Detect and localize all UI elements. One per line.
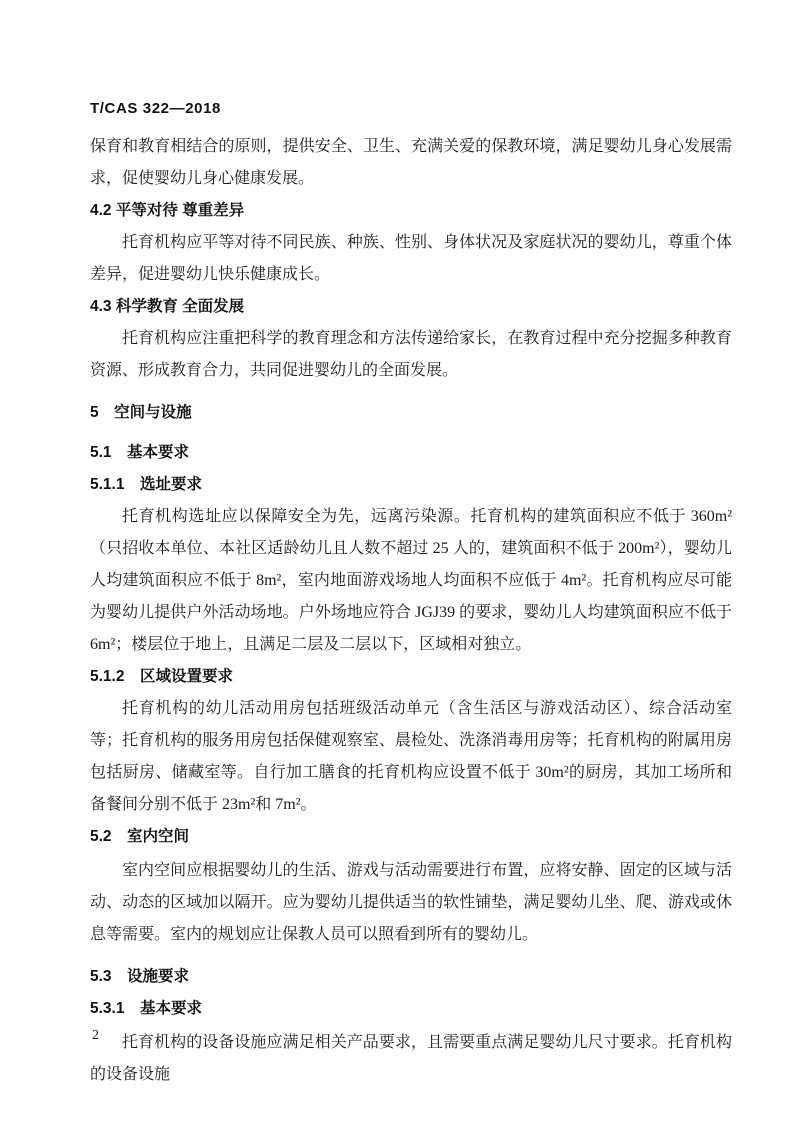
paragraph: 托育机构应注重把科学的教育理念和方法传递给家长，在教育过程中充分挖掘多种教育资源…: [90, 323, 732, 387]
section-heading-4-2: 4.2 平等对待 尊重差异: [90, 195, 732, 227]
section-heading-5-3: 5.3 设施要求: [90, 961, 732, 993]
section-heading-5-2: 5.2 室内空间: [90, 821, 732, 853]
paragraph: 托育机构应平等对待不同民族、种族、性别、身体状况及家庭状况的婴幼儿，尊重个体差异…: [90, 227, 732, 291]
section-heading-4-3: 4.3 科学教育 全面发展: [90, 291, 732, 323]
page-number: 2: [92, 1028, 99, 1044]
chapter-heading-5: 5 空间与设施: [90, 397, 732, 429]
section-heading-5-1-1: 5.1.1 选址要求: [90, 469, 732, 501]
section-heading-5-3-1: 5.3.1 基本要求: [90, 993, 732, 1025]
paragraph: 托育机构选址应以保障安全为先，远离污染源。托育机构的建筑面积应不低于 360m²…: [90, 501, 732, 661]
standard-number-header: T/CAS 322—2018: [90, 99, 732, 119]
section-heading-5-1-2: 5.1.2 区域设置要求: [90, 661, 732, 693]
section-heading-5-1: 5.1 基本要求: [90, 437, 732, 469]
paragraph: 室内空间应根据婴幼儿的生活、游戏与活动需要进行布置，应将安静、固定的区域与活动、…: [90, 855, 732, 951]
paragraph: 托育机构的设备设施应满足相关产品要求，且需要重点满足婴幼儿尺寸要求。托育机构的设…: [90, 1027, 732, 1091]
document-page: T/CAS 322—2018 保育和教育相结合的原则，提供安全、卫生、充满关爱的…: [0, 0, 793, 1122]
paragraph: 托育机构的幼儿活动用房包括班级活动单元（含生活区与游戏活动区）、综合活动室等；托…: [90, 693, 732, 821]
document-content: T/CAS 322—2018 保育和教育相结合的原则，提供安全、卫生、充满关爱的…: [90, 99, 732, 1091]
paragraph: 保育和教育相结合的原则，提供安全、卫生、充满关爱的保教环境，满足婴幼儿身心发展需…: [90, 131, 732, 195]
